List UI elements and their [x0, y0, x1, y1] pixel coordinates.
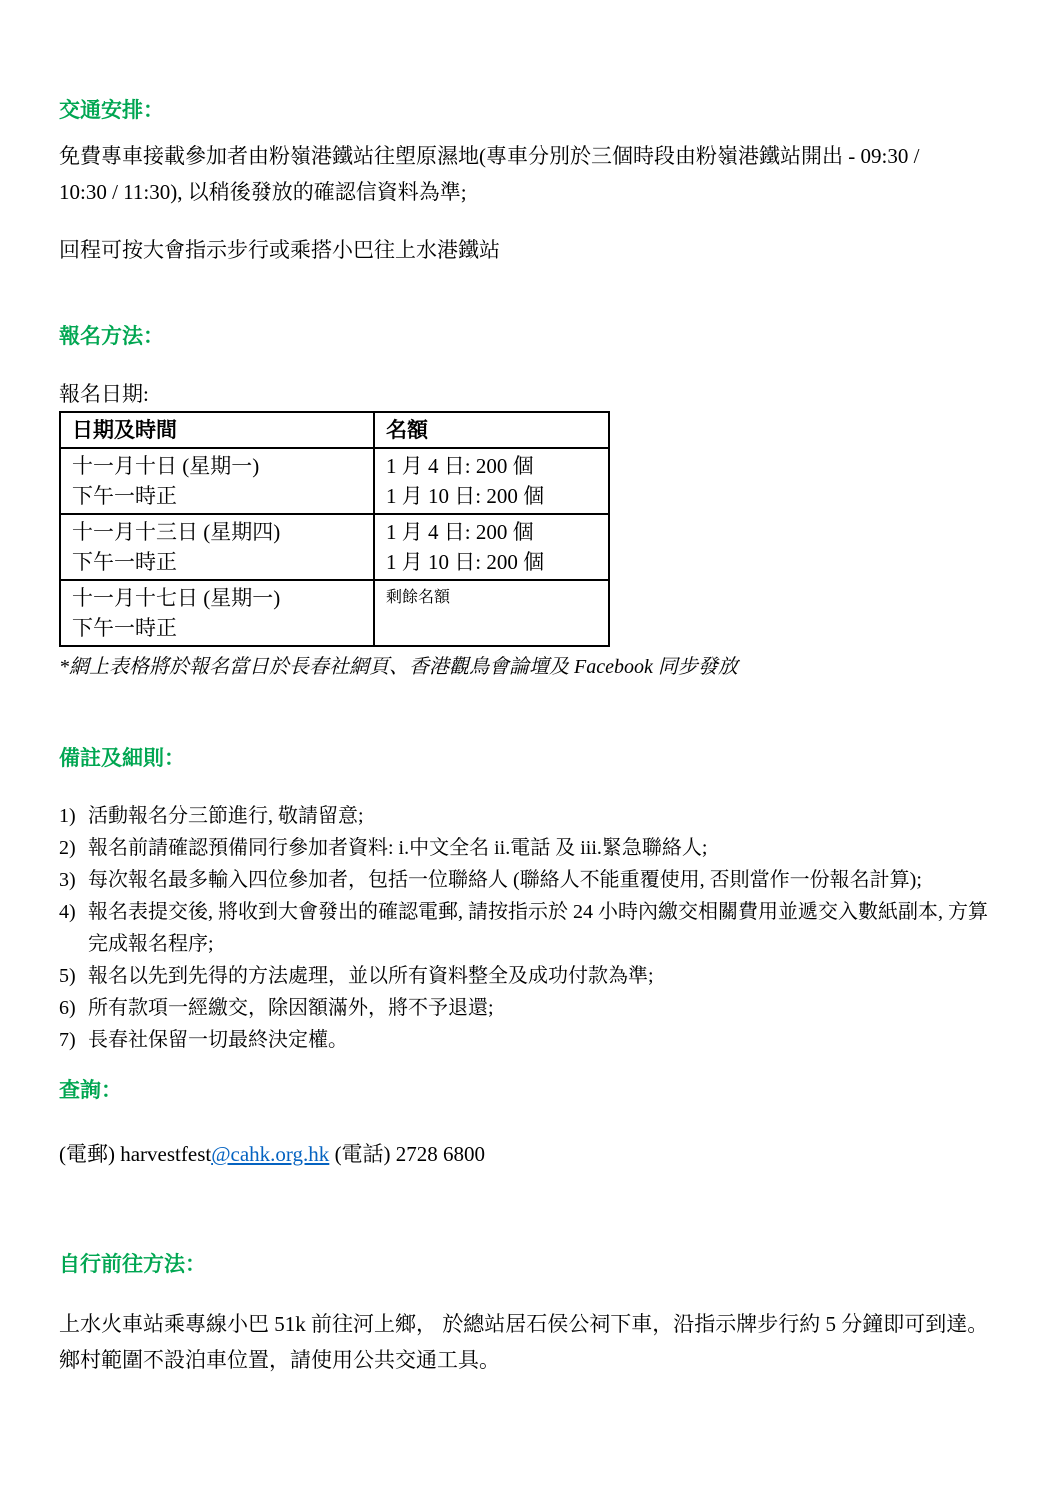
note-text: 活動報名分三節進行, 敬請留意;	[88, 800, 995, 832]
table-header-date: 日期及時間	[60, 412, 374, 448]
note-item-5: 5) 報名以先到先得的方法處理，並以所有資料整全及成功付款為準;	[59, 960, 995, 992]
note-number: 7)	[59, 1024, 88, 1056]
table-row-1: 十一月十日 (星期一) 下午一時正 1 月 4 日: 200 個 1 月 10 …	[60, 448, 609, 514]
transport-heading: 交通安排：	[59, 98, 995, 124]
notes-heading: 備註及細則：	[59, 746, 995, 772]
note-number: 6)	[59, 992, 88, 1024]
table-header-row: 日期及時間 名額	[60, 412, 609, 448]
notes-list: 1) 活動報名分三節進行, 敬請留意; 2) 報名前請確認預備同行參加者資料: …	[59, 800, 995, 1056]
note-item-4: 4) 報名表提交後, 將收到大會發出的確認電郵, 請按指示於 24 小時內繳交相…	[59, 896, 995, 960]
note-number: 5)	[59, 960, 88, 992]
table-row-3: 十一月十七日 (星期一) 下午一時正 剩餘名額	[60, 580, 609, 646]
transport-paragraph-return: 回程可按大會指示步行或乘搭小巴往上水港鐵站	[59, 232, 995, 268]
transport-paragraph-line1: 免費專車接載參加者由粉嶺港鐵站往塱原濕地(專車分別於三個時段由粉嶺港鐵站開出 -…	[59, 138, 995, 174]
quota-cell-2: 1 月 4 日: 200 個 1 月 10 日: 200 個	[374, 514, 609, 580]
quota-cell-3: 剩餘名額	[374, 580, 609, 646]
email-link[interactable]: @cahk.org.hk	[211, 1142, 329, 1166]
self-travel-paragraph: 上水火車站乘專線小巴 51k 前往河上鄉， 於總站居石侯公祠下車，沿指示牌步行約…	[59, 1306, 995, 1378]
note-number: 3)	[59, 864, 88, 896]
self-travel-heading: 自行前往方法：	[59, 1252, 995, 1278]
date-cell-2: 十一月十三日 (星期四) 下午一時正	[60, 514, 374, 580]
enquiry-heading: 查詢：	[59, 1078, 995, 1104]
table-row-2: 十一月十三日 (星期四) 下午一時正 1 月 4 日: 200 個 1 月 10…	[60, 514, 609, 580]
document-page: 交通安排： 免費專車接載參加者由粉嶺港鐵站往塱原濕地(專車分別於三個時段由粉嶺港…	[0, 0, 1061, 1500]
registration-table: 日期及時間 名額 十一月十日 (星期一) 下午一時正 1 月 4 日: 200 …	[59, 411, 610, 647]
note-item-2: 2) 報名前請確認預備同行參加者資料: i.中文全名 ii.電話 及 iii.緊…	[59, 832, 995, 864]
note-item-6: 6) 所有款項一經繳交，除因額滿外，將不予退還;	[59, 992, 995, 1024]
note-number: 1)	[59, 800, 88, 832]
enquiry-phone: (電話) 2728 6800	[329, 1142, 485, 1166]
note-item-3: 3) 每次報名最多輸入四位參加者，包括一位聯絡人 (聯絡人不能重覆使用, 否則當…	[59, 864, 995, 896]
table-header-quota: 名額	[374, 412, 609, 448]
enquiry-email-prefix: (電郵) harvestfest	[59, 1142, 211, 1166]
note-number: 4)	[59, 896, 88, 960]
note-text: 報名以先到先得的方法處理，並以所有資料整全及成功付款為準;	[88, 960, 995, 992]
table-footnote: *網上表格將於報名當日於長春社網頁、香港觀鳥會論壇及 Facebook 同步發放	[59, 654, 995, 680]
enquiry-contact-line: (電郵) harvestfest@cahk.org.hk (電話) 2728 6…	[59, 1140, 995, 1168]
note-text: 報名前請確認預備同行參加者資料: i.中文全名 ii.電話 及 iii.緊急聯絡…	[88, 832, 995, 864]
note-text: 長春社保留一切最終決定權。	[88, 1024, 995, 1056]
note-item-7: 7) 長春社保留一切最終決定權。	[59, 1024, 995, 1056]
quota-cell-1: 1 月 4 日: 200 個 1 月 10 日: 200 個	[374, 448, 609, 514]
note-item-1: 1) 活動報名分三節進行, 敬請留意;	[59, 800, 995, 832]
date-cell-3: 十一月十七日 (星期一) 下午一時正	[60, 580, 374, 646]
note-text: 所有款項一經繳交，除因額滿外，將不予退還;	[88, 992, 995, 1024]
transport-paragraph-line2: 10:30 / 11:30), 以稍後發放的確認信資料為準;	[59, 174, 995, 210]
transport-paragraph-shuttle: 免費專車接載參加者由粉嶺港鐵站往塱原濕地(專車分別於三個時段由粉嶺港鐵站開出 -…	[59, 138, 995, 210]
note-number: 2)	[59, 832, 88, 864]
registration-heading: 報名方法：	[59, 324, 995, 350]
date-cell-1: 十一月十日 (星期一) 下午一時正	[60, 448, 374, 514]
registration-table-intro: 報名日期:	[59, 380, 995, 408]
note-text: 每次報名最多輸入四位參加者，包括一位聯絡人 (聯絡人不能重覆使用, 否則當作一份…	[88, 864, 995, 896]
note-text: 報名表提交後, 將收到大會發出的確認電郵, 請按指示於 24 小時內繳交相關費用…	[88, 896, 995, 960]
